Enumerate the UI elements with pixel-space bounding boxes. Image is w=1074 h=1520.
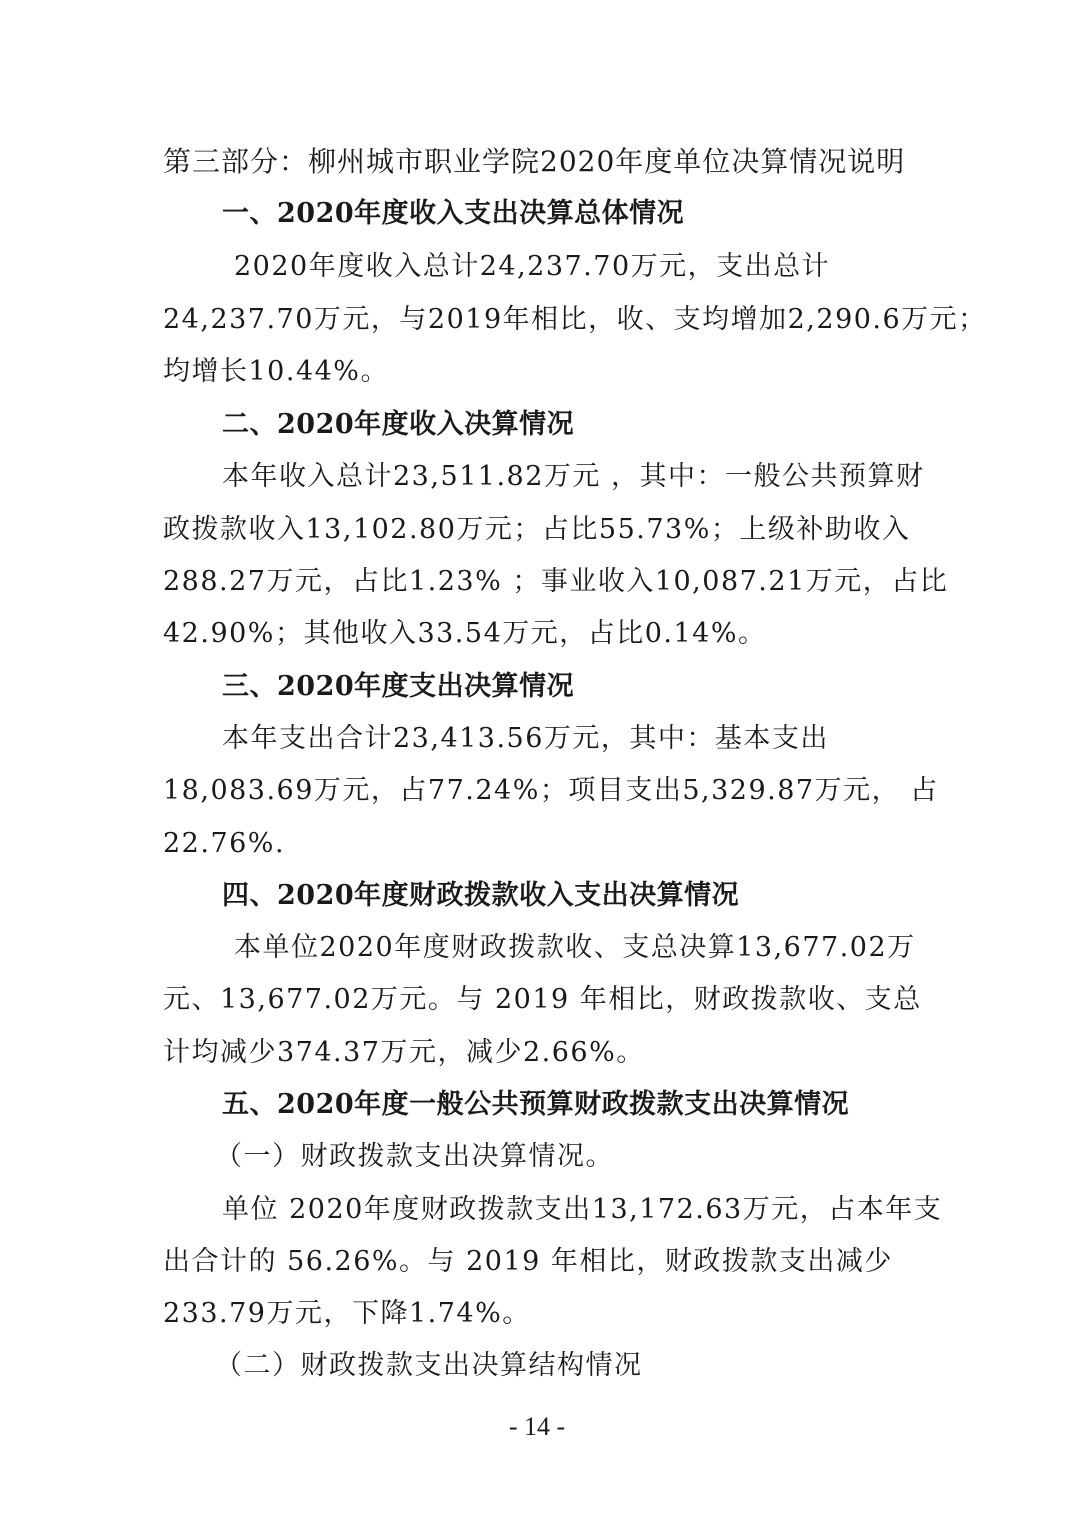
paragraph-line: 22.76%. [163, 827, 285, 861]
paragraph-line: 42.90%；其他收入33.54万元，占比0.14%。 [163, 617, 767, 651]
document-title: 第三部分：柳州城市职业学院2020年度单位决算情况说明 [163, 145, 905, 179]
section-5-heading: 五、2020年度一般公共预算财政拨款支出决算情况 [222, 1088, 849, 1122]
paragraph-line: 24,237.70万元，与2019年相比，收、支均增加2,290.6万元； [163, 303, 987, 337]
paragraph-line: 本单位2020年度财政拨款收、支总决算13,677.02万 [234, 931, 916, 965]
subsection-heading: （二）财政拨款支出决算结构情况 [215, 1349, 643, 1383]
section-3-heading: 三、2020年度支出决算情况 [222, 670, 574, 704]
paragraph-line: 单位 2020年度财政拨款支出13,172.63万元，占本年支 [222, 1193, 942, 1227]
section-2-heading: 二、2020年度收入决算情况 [222, 408, 574, 442]
paragraph-line: 计均减少374.37万元，减少2.66%。 [163, 1036, 645, 1070]
paragraph-line: 出合计的 56.26%。与 2019 年相比，财政拨款支出减少 [163, 1245, 893, 1279]
paragraph-line: 2020年度收入总计24,237.70万元，支出总计 [234, 250, 830, 284]
paragraph-line: 18,083.69万元，占77.24%；项目支出5,329.87万元， 占 [163, 774, 939, 808]
subsection-heading: （一）财政拨款支出决算情况。 [215, 1140, 614, 1174]
paragraph-line: 元、13,677.02万元。与 2019 年相比，财政拨款收、支总 [163, 983, 922, 1017]
section-4-heading: 四、2020年度财政拨款收入支出决算情况 [222, 879, 739, 913]
paragraph-line: 均增长10.44%。 [163, 355, 389, 389]
paragraph-line: 288.27万元，占比1.23% ；事业收入10,087.21万元，占比 [163, 565, 948, 599]
paragraph-line: 本年收入总计23,511.82万元 ，其中：一般公共预算财 [222, 460, 925, 494]
paragraph-line: 政拨款收入13,102.80万元；占比55.73%；上级补助收入 [163, 513, 910, 547]
section-1-heading: 一、2020年度收入支出决算总体情况 [222, 197, 684, 231]
page-number: - 14 - [0, 1412, 1074, 1442]
paragraph-line: 233.79万元，下降1.74%。 [163, 1297, 531, 1331]
paragraph-line: 本年支出合计23,413.56万元，其中：基本支出 [222, 722, 829, 756]
